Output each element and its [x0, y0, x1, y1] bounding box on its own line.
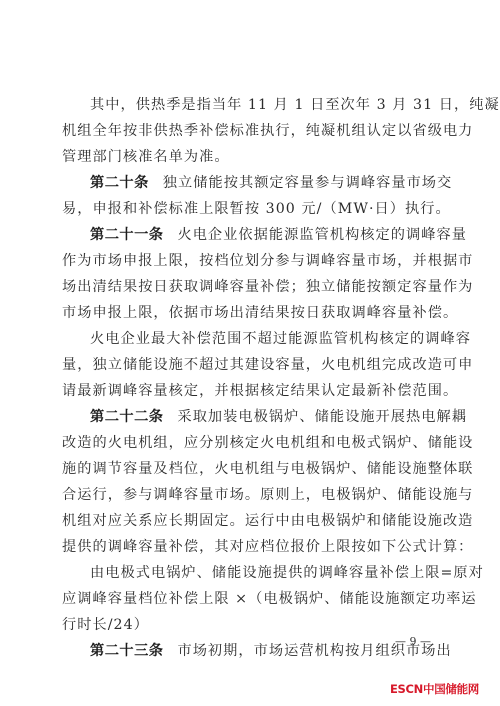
formula-line: 行时长/24） [62, 612, 442, 638]
text-line: 场出清结果按日获取调峰容量补偿；独立储能按额定容量作为 [62, 274, 442, 300]
text-line: 市场申报上限，依据市场出清结果按日获取调峰容量补偿。 [62, 300, 442, 326]
article-heading: 第二十一条 [90, 227, 163, 243]
text-line: 管理部门核准名单为准。 [62, 144, 442, 170]
text-line: 改造的火电机组，应分别核定火电机组和电极式锅炉、储能设 [62, 430, 442, 456]
text-line: 机组全年按非供热季补偿标准执行，纯凝机组认定以省级电力 [62, 118, 442, 144]
text-line: 其中，供热季是指当年 11 月 1 日至次年 3 月 31 日，纯凝 [62, 92, 442, 118]
text-line: 作为市场申报上限，按档位划分参与调峰容量市场，并根据市 [62, 248, 442, 274]
article-23-line: 第二十三条市场初期，市场运营机构按月组织市场出 [62, 638, 442, 664]
text-span: 采取加装电极锅炉、储能设施开展热电解耦 [177, 409, 467, 425]
page-number: — 9 — [395, 635, 431, 648]
article-heading: 第二十二条 [90, 409, 163, 425]
article-heading: 第二十三条 [90, 643, 163, 659]
text-line: 合运行，参与调峰容量市场。原则上，电极锅炉、储能设施与 [62, 482, 442, 508]
document-page: 其中，供热季是指当年 11 月 1 日至次年 3 月 31 日，纯凝 机组全年按… [62, 92, 442, 664]
watermark-logo: ESCN中国储能网 [390, 681, 479, 697]
formula-line: 应调峰容量档位补偿上限 ×（电极锅炉、储能设施额定功率运 [62, 586, 442, 612]
text-line: 火电企业最大补偿范围不超过能源监管机构核定的调峰容 [62, 326, 442, 352]
text-line: 易，申报和补偿标准上限暂按 300 元/（MW·日）执行。 [62, 196, 442, 222]
text-line: 请最新调峰容量核定，并根据核定结果认定最新补偿范围。 [62, 378, 442, 404]
article-20-line: 第二十条独立储能按其额定容量参与调峰容量市场交 [62, 170, 442, 196]
text-line: 量，独立储能设施不超过其建设容量，火电机组完成改造可申 [62, 352, 442, 378]
text-span: 火电企业依据能源监管机构核定的调峰容量 [177, 227, 467, 243]
article-22-line: 第二十二条采取加装电极锅炉、储能设施开展热电解耦 [62, 404, 442, 430]
formula-line: 由电极式电锅炉、储能设施提供的调峰容量补偿上限=原对 [62, 560, 442, 586]
text-span: 独立储能按其额定容量参与调峰容量市场交 [163, 175, 453, 191]
article-21-line: 第二十一条火电企业依据能源监管机构核定的调峰容量 [62, 222, 442, 248]
text-line: 机组对应关系应长期固定。运行中由电极锅炉和储能设施改造 [62, 508, 442, 534]
text-line: 提供的调峰容量补偿，其对应档位报价上限按如下公式计算： [62, 534, 442, 560]
text-line: 施的调节容量及档位，火电机组与电极锅炉、储能设施整体联 [62, 456, 442, 482]
article-heading: 第二十条 [90, 175, 149, 191]
